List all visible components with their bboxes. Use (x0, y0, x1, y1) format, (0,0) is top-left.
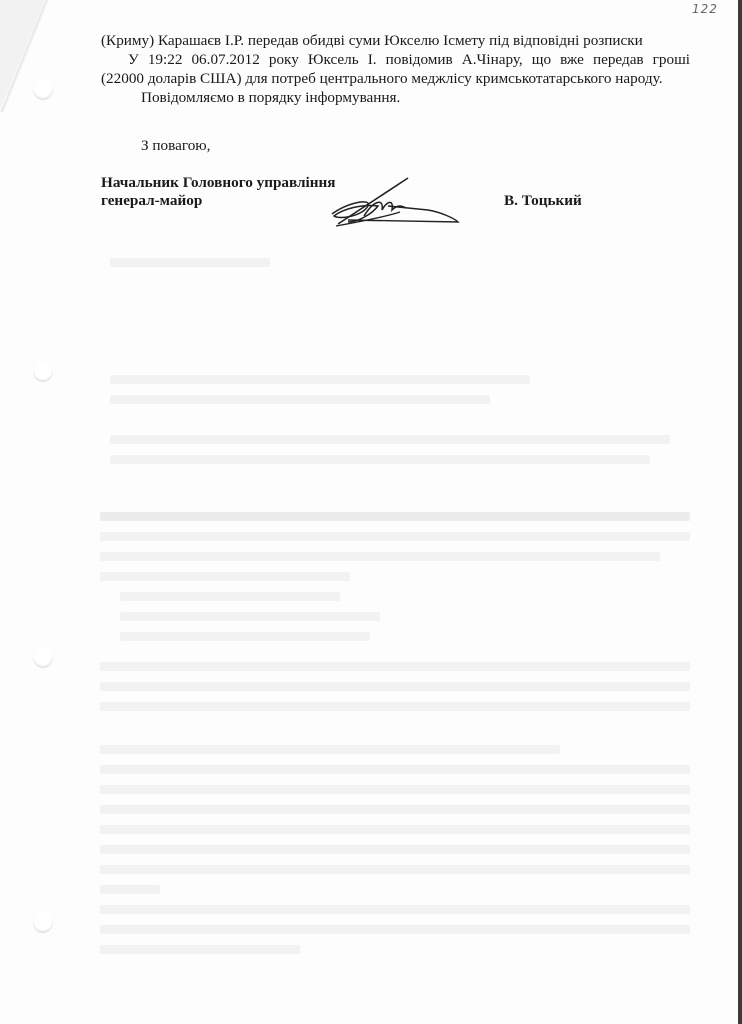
handwritten-page-number: 122 (692, 2, 718, 16)
signer-position: Начальник Головного управління (101, 174, 335, 192)
bleed-through-line (100, 885, 160, 894)
bleed-through-line (100, 765, 690, 774)
bleed-through-line (100, 805, 690, 814)
bleed-through-line (120, 632, 370, 641)
bleed-through-line (100, 945, 300, 954)
bleed-through-line (100, 552, 660, 561)
bleed-through-line (110, 375, 530, 384)
bleed-through-line (100, 662, 690, 671)
body-line-1: (Криму) Карашаєв І.Р. передав обидві сум… (101, 32, 643, 50)
bleed-through-line (100, 925, 690, 934)
bleed-through-line (100, 532, 690, 541)
punch-hole (33, 80, 53, 100)
bleed-through-line (110, 435, 670, 444)
signer-name: В. Тоцький (504, 192, 582, 210)
bleed-through-line (100, 865, 690, 874)
bleed-through-line (110, 455, 650, 464)
bleed-through-line (110, 258, 270, 267)
body-line-4: Повідомляємо в порядку інформування. (141, 89, 400, 107)
bleed-through-line (100, 845, 690, 854)
document-page: 122 (Криму) Карашаєв І.Р. передав обидві… (0, 0, 738, 1024)
bleed-through-line (100, 572, 350, 581)
bleed-through-line (100, 825, 690, 834)
bleed-through-line (110, 395, 490, 404)
scan-edge (738, 0, 742, 1024)
bleed-through-line (100, 682, 690, 691)
punch-hole (33, 362, 53, 382)
bleed-through-line (100, 905, 690, 914)
closing-greeting: З повагою, (141, 137, 210, 155)
bleed-through-line (100, 785, 690, 794)
punch-hole (33, 913, 53, 933)
bleed-through-line (120, 592, 340, 601)
handwritten-signature-icon (328, 176, 463, 230)
signer-rank: генерал-майор (101, 192, 202, 210)
bleed-through-line (120, 612, 380, 621)
body-line-2: У 19:22 06.07.2012 року Юксель І. повідо… (128, 51, 690, 69)
punch-hole (33, 648, 53, 668)
body-line-3: (22000 доларів США) для потреб центральн… (101, 70, 663, 88)
bleed-through-line (100, 702, 690, 711)
bleed-through-line (100, 745, 560, 754)
bleed-through-line (100, 512, 690, 521)
